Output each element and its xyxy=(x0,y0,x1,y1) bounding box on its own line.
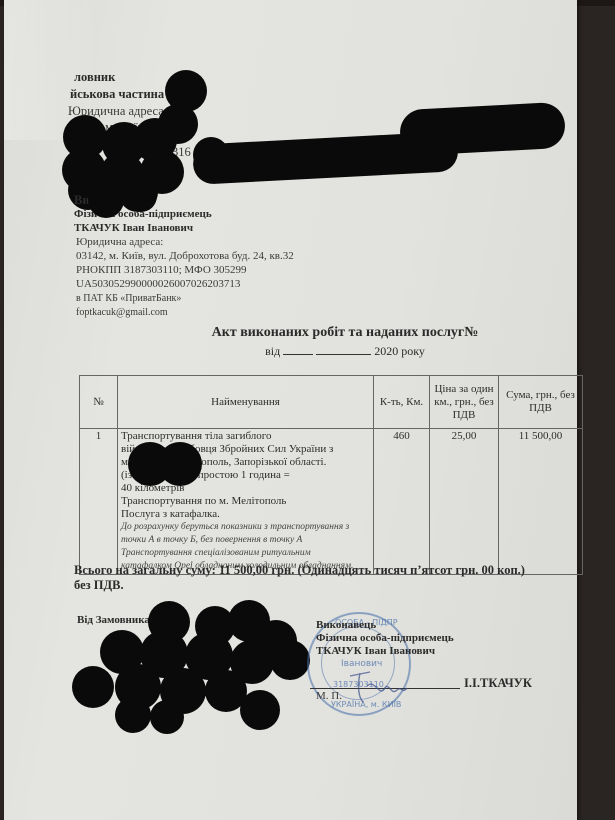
contractor-address: 03142, м. Київ, вул. Доброхотова буд. 24… xyxy=(76,250,294,264)
contractor-tax-ids: РНОКПП 3187303110; МФО 305299 xyxy=(76,264,247,278)
contractor-signature-name: ТКАЧУК Іван Іванович xyxy=(316,645,435,659)
note-line: Транспортування спеціалізованим ритуальн… xyxy=(121,547,370,560)
act-title: Акт виконаних робіт та наданих послуг№ xyxy=(60,325,615,341)
header-number: № xyxy=(80,376,118,429)
row-number: 1 xyxy=(80,429,118,575)
seal-mark: М. П. xyxy=(316,690,342,704)
date-month-blank xyxy=(316,344,371,355)
description-line: Транспортування тіла загиблого xyxy=(121,430,370,443)
note-line: До розрахунку беруться показники з транс… xyxy=(121,521,370,534)
customer-signature-label: Від Замовника xyxy=(77,614,150,628)
signer-name: І.І.ТКАЧУК xyxy=(464,676,532,691)
description-line: Послуга з катафалка. xyxy=(121,508,370,521)
contractor-email: foptkacuk@gmail.com xyxy=(76,306,168,320)
contractor-name: ТКАЧУК Іван Іванович xyxy=(74,222,193,236)
contractor-bank: в ПАТ КБ «ПриватБанк» xyxy=(76,292,181,306)
date-year: 2020 року xyxy=(374,344,425,358)
contractor-signature-type: Фізична особа-підприємець xyxy=(316,632,454,646)
contractor-signature-label: Виконавець xyxy=(316,619,376,633)
total-line-2: без ПДВ. xyxy=(74,578,594,593)
description-line: Транспортування по м. Мелітополь xyxy=(121,495,370,508)
note-line: точки А в точку Б, без повернення в точк… xyxy=(121,534,370,547)
row-sum: 11 500,00 xyxy=(499,429,583,575)
table-header-row: № Найменування К-ть, Км. Ціна за один км… xyxy=(80,376,583,429)
contractor-legal-address-label: Юридична адреса: xyxy=(76,236,163,250)
date-prefix: від xyxy=(265,344,280,358)
total-sum: Всього на загальну суму: 11 500,00 грн. … xyxy=(74,563,594,593)
row-qty: 460 xyxy=(374,429,430,575)
customer-label: ловник xyxy=(74,70,115,85)
contractor-iban: UA503052990000026007026203713 xyxy=(76,278,240,292)
act-date: від 2020 року xyxy=(60,344,615,359)
header-sum: Сума, грн., без ПДВ xyxy=(499,376,583,429)
header-name: Найменування xyxy=(118,376,374,429)
header-price: Ціна за один км., грн., без ПДВ xyxy=(430,376,499,429)
customer-unit: йськова частина xyxy=(70,87,164,102)
row-price: 25,00 xyxy=(430,429,499,575)
date-day-blank xyxy=(283,344,313,355)
total-line-1: Всього на загальну суму: 11 500,00 грн. … xyxy=(74,563,594,578)
header-qty: К-ть, Км. xyxy=(374,376,430,429)
handwritten-signature-icon xyxy=(345,668,415,708)
